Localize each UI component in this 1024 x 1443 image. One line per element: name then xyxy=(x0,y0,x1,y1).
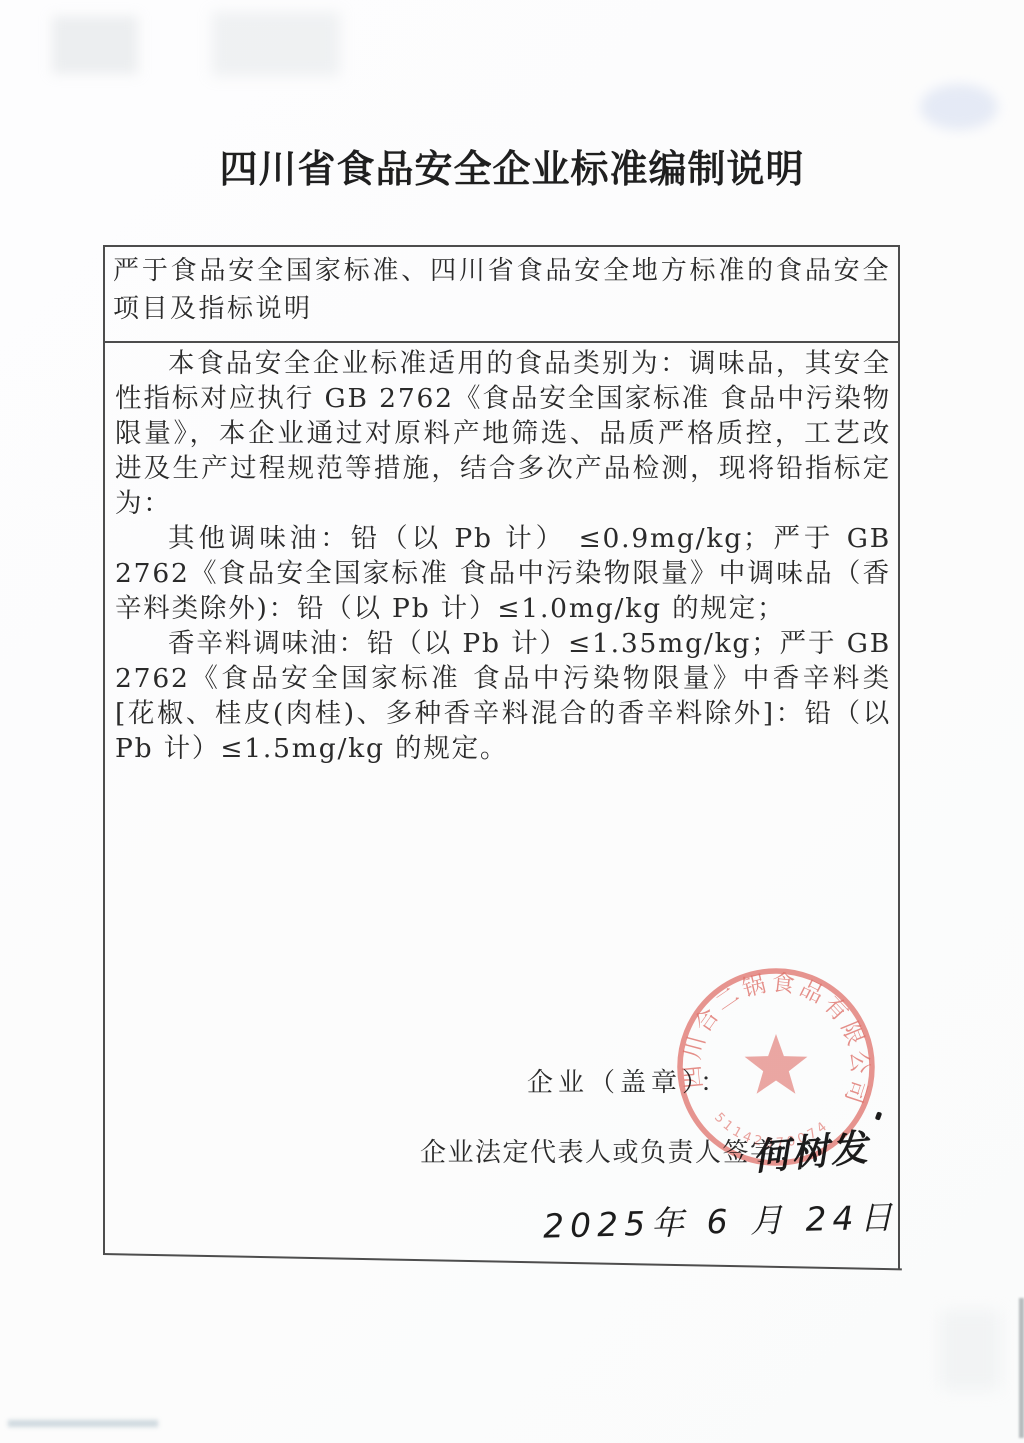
table-body-cell: 本食品安全企业标准适用的食品类别为：调味品，其安全性指标对应执行 GB 2762… xyxy=(115,346,891,766)
table-border-bottom xyxy=(103,1253,902,1270)
scan-smudge xyxy=(212,12,340,76)
table-header-divider xyxy=(103,341,900,343)
company-seal-stamp: 四川合二锅食品有限公司 51142070074 xyxy=(671,962,881,1172)
table-border-top xyxy=(103,245,900,247)
seal-star-icon xyxy=(745,1034,808,1094)
scan-smudge xyxy=(52,16,138,74)
table-border-left xyxy=(103,245,105,1255)
scan-edge-bar xyxy=(1019,1298,1024,1438)
scanned-page: 四川省食品安全企业标准编制说明 严于食品安全国家标准、四川省食品安全地方标准的食… xyxy=(0,0,1024,1443)
table-header-cell: 严于食品安全国家标准、四川省食品安全地方标准的食品安全项目及指标说明 xyxy=(113,252,891,328)
seal-registration-code: 51142070074 xyxy=(711,1110,833,1151)
scan-smudge xyxy=(940,1310,1000,1390)
table-border-right xyxy=(898,245,900,1269)
scan-smudge xyxy=(920,84,998,130)
body-paragraph-spice-oils: 香辛料调味油：铅（以 Pb 计）≤1.35mg/kg；严于 GB 2762《食品… xyxy=(115,626,891,766)
scan-smudge xyxy=(8,1420,158,1427)
document-title: 四川省食品安全企业标准编制说明 xyxy=(0,138,1024,193)
body-paragraph-scope: 本食品安全企业标准适用的食品类别为：调味品，其安全性指标对应执行 GB 2762… xyxy=(115,346,891,521)
handwritten-date: 2025年 6 月 24日 xyxy=(542,1191,899,1247)
body-paragraph-other-oils: 其他调味油：铅（以 Pb 计） ≤0.9mg/kg；严于 GB 2762《食品安… xyxy=(115,521,891,626)
